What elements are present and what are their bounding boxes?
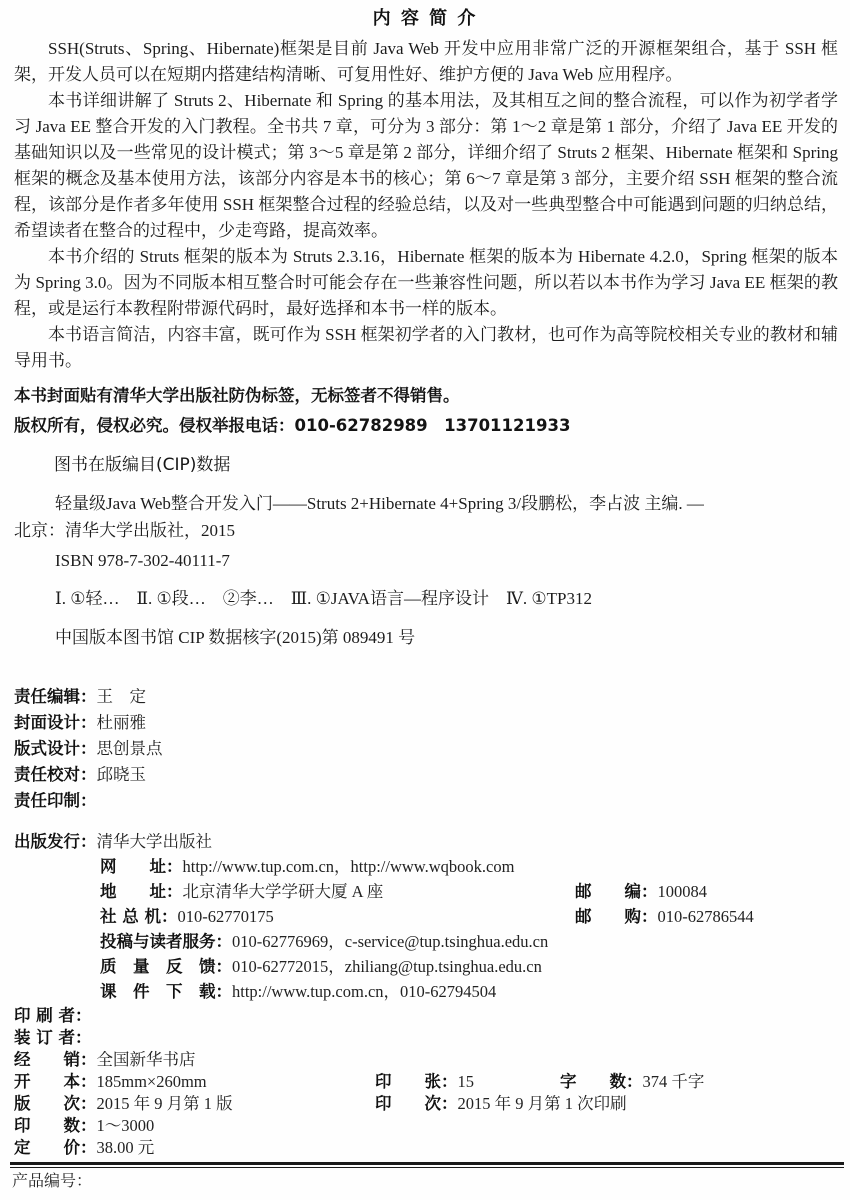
switchboard-value: 010-62770175 xyxy=(178,907,274,926)
publisher-section: 出版发行：清华大学出版社 网 址：http://www.tup.com.cn，h… xyxy=(0,829,850,1004)
distributor-value: 全国新华书店 xyxy=(97,1050,196,1069)
courseware-label: 课 件 下 载： xyxy=(100,982,232,1001)
staff-value: 思创景点 xyxy=(97,739,163,758)
mailorder-cell: 邮 购：010-62786544 xyxy=(575,904,754,929)
intro-section: SSH(Struts、Spring、Hibernate)框架是目前 Java W… xyxy=(14,36,838,374)
quality-feedback-value: 010-62772015，zhiliang@tup.tsinghua.edu.c… xyxy=(232,957,542,976)
staff-label: 责任编辑： xyxy=(14,687,97,706)
address-value: 北京清华大学学研大厦 A 座 xyxy=(183,882,384,901)
price-value: 38.00 元 xyxy=(97,1138,155,1157)
printing-section: 印 刷 者： 装 订 者： 经 销：全国新华书店 开 本：185mm×260mm… xyxy=(0,1005,850,1159)
copyright-page: 内 容 简 介 SSH(Struts、Spring、Hibernate)框架是目… xyxy=(0,0,850,1200)
staff-row: 责任校对：邱晓玉 xyxy=(0,762,850,788)
quality-feedback-label: 质 量 反 馈： xyxy=(100,957,232,976)
edition-label: 版 次： xyxy=(14,1094,97,1113)
address-label: 地 址： xyxy=(100,882,183,901)
page-title: 内 容 简 介 xyxy=(0,0,850,31)
staff-label: 版式设计： xyxy=(14,739,97,758)
printing-row: 开 本：185mm×260mm 印 张：15 字 数：374 千字 xyxy=(0,1071,850,1093)
printrun-label: 印 数： xyxy=(14,1116,97,1135)
zipcode-label: 邮 编： xyxy=(575,882,658,901)
staff-row: 版式设计：思创景点 xyxy=(0,736,850,762)
website-label: 网 址： xyxy=(100,857,183,876)
copyright-notice: 版权所有，侵权必究。侵权举报电话：010-62782989 1370112193… xyxy=(14,411,838,441)
cip-record-line: 中国版本图书馆 CIP 数据核字(2015)第 089491 号 xyxy=(55,624,850,651)
product-number-label: 产品编号： xyxy=(12,1171,850,1193)
reader-service-label: 投稿与读者服务： xyxy=(100,932,232,951)
impression-label: 印 次： xyxy=(375,1094,458,1113)
impression-value: 2015 年 9 月第 1 次印刷 xyxy=(458,1094,627,1113)
isbn-line: ISBN 978-7-302-40111-7 xyxy=(55,547,850,574)
printer-label: 印 刷 者： xyxy=(14,1006,92,1025)
staff-label: 责任校对： xyxy=(14,765,97,784)
staff-label: 封面设计： xyxy=(14,713,97,732)
wordcount-value: 374 千字 xyxy=(643,1072,705,1091)
cip-entry-line: 轻量级Java Web整合开发入门——Struts 2+Hibernate 4+… xyxy=(55,490,838,517)
wordcount-cell: 字 数：374 千字 xyxy=(560,1071,704,1093)
sheets-cell: 印 张：15 xyxy=(375,1071,474,1093)
edition-value: 2015 年 9 月第 1 版 xyxy=(97,1094,233,1113)
anti-piracy-notices: 本书封面贴有清华大学出版社防伪标签，无标签者不得销售。 版权所有，侵权必究。侵权… xyxy=(14,381,838,441)
format-value: 185mm×260mm xyxy=(97,1072,207,1091)
publisher-row: 地 址：北京清华大学学研大厦 A 座 邮 编：100084 xyxy=(0,879,850,904)
publisher-row: 网 址：http://www.tup.com.cn，http://www.wqb… xyxy=(0,854,850,879)
mailorder-value: 010-62786544 xyxy=(658,907,754,926)
staff-row: 责任印制： xyxy=(0,788,850,814)
courseware-value: http://www.tup.com.cn，010-62794504 xyxy=(232,982,496,1001)
impression-cell: 印 次：2015 年 9 月第 1 次印刷 xyxy=(375,1093,627,1115)
publisher-row: 课 件 下 载：http://www.tup.com.cn，010-627945… xyxy=(0,979,850,1004)
intro-paragraph: 本书详细讲解了 Struts 2、Hibernate 和 Spring 的基本用… xyxy=(14,88,838,244)
publisher-row: 社 总 机：010-62770175 邮 购：010-62786544 xyxy=(0,904,850,929)
zipcode-value: 100084 xyxy=(658,882,708,901)
distributor-label: 经 销： xyxy=(14,1050,97,1069)
staff-label: 责任印制： xyxy=(14,791,97,810)
sheets-value: 15 xyxy=(458,1072,475,1091)
staff-value: 杜丽雅 xyxy=(97,713,147,732)
publisher-label: 出版发行： xyxy=(14,832,97,851)
intro-paragraph: 本书介绍的 Struts 框架的版本为 Struts 2.3.16，Hibern… xyxy=(14,244,838,322)
price-label: 定 价： xyxy=(14,1138,97,1157)
mailorder-label: 邮 购： xyxy=(575,907,658,926)
sheets-label: 印 张： xyxy=(375,1072,458,1091)
publisher-row: 质 量 反 馈：010-62772015，zhiliang@tup.tsingh… xyxy=(0,954,850,979)
staff-row: 封面设计：杜丽雅 xyxy=(0,710,850,736)
binder-label: 装 订 者： xyxy=(14,1028,92,1047)
wordcount-label: 字 数： xyxy=(560,1072,643,1091)
printing-row: 经 销：全国新华书店 xyxy=(0,1049,850,1071)
staff-row: 责任编辑：王 定 xyxy=(0,684,850,710)
staff-value: 王 定 xyxy=(97,687,147,706)
intro-paragraph: 本书语言简洁，内容丰富，既可作为 SSH 框架初学者的入门教材，也可作为高等院校… xyxy=(14,322,838,374)
printing-row: 定 价：38.00 元 xyxy=(0,1137,850,1159)
printrun-value: 1～3000 xyxy=(97,1116,155,1135)
zipcode-cell: 邮 编：100084 xyxy=(575,879,707,904)
reader-service-value: 010-62776969，c-service@tup.tsinghua.edu.… xyxy=(232,932,548,951)
printing-row: 印 数：1～3000 xyxy=(0,1115,850,1137)
cip-entry-line: 北京：清华大学出版社，2015 xyxy=(14,517,838,544)
cip-heading: 图书在版编目(CIP)数据 xyxy=(54,452,850,478)
switchboard-label: 社 总 机： xyxy=(100,907,178,926)
printing-row: 版 次：2015 年 9 月第 1 版 印 次：2015 年 9 月第 1 次印… xyxy=(0,1093,850,1115)
anti-counterfeit-notice: 本书封面贴有清华大学出版社防伪标签，无标签者不得销售。 xyxy=(14,381,838,411)
printing-row: 装 订 者： xyxy=(0,1027,850,1049)
classification-line: Ⅰ. ①轻… Ⅱ. ①段… ②李… Ⅲ. ①JAVA语言—程序设计 Ⅳ. ①TP… xyxy=(55,585,850,612)
website-value: http://www.tup.com.cn，http://www.wqbook.… xyxy=(183,857,515,876)
publisher-row: 投稿与读者服务：010-62776969，c-service@tup.tsing… xyxy=(0,929,850,954)
staff-value: 邱晓玉 xyxy=(97,765,147,784)
publisher-name: 清华大学出版社 xyxy=(97,832,213,851)
double-rule-divider xyxy=(10,1162,844,1168)
staff-section: 责任编辑：王 定 封面设计：杜丽雅 版式设计：思创景点 责任校对：邱晓玉 责任印… xyxy=(0,684,850,814)
intro-paragraph: SSH(Struts、Spring、Hibernate)框架是目前 Java W… xyxy=(14,36,838,88)
printing-row: 印 刷 者： xyxy=(0,1005,850,1027)
format-label: 开 本： xyxy=(14,1072,97,1091)
publisher-row: 出版发行：清华大学出版社 xyxy=(0,829,850,854)
